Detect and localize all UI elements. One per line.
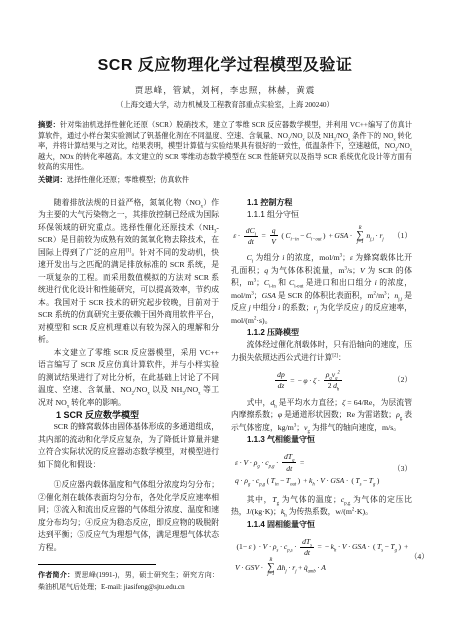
assumptions-list-paragraph: ①反应器内载体温度和气体组分浓度均匀分布；②催化剂在载体表面均匀分布，各处化学反… bbox=[38, 479, 219, 554]
equation-3: ε·V·ρg·cp,g·dTgdt=q·ρg·cp,g(Tin−Tout)+kh… bbox=[231, 451, 412, 488]
heading-1-1: 1.1 控制方程 bbox=[231, 197, 412, 209]
equation-4-number: （4） bbox=[410, 551, 429, 564]
equation-2: dpdz=−φ·ζ·ρgvg22dh （2） bbox=[231, 369, 412, 391]
heading-1-1-1: 1.1.1 组分守恒 bbox=[231, 209, 412, 221]
equation-3-body: ε·V·ρg·cp,g·dTgdt=q·ρg·cp,g(Tin−Tout)+kh… bbox=[231, 451, 386, 488]
heading-1-1-4: 1.1.4 固相能量守恒 bbox=[231, 519, 412, 531]
equation-3-number: （3） bbox=[386, 463, 412, 476]
right-column: 1.1 控制方程 1.1.1 组分守恒 ε·dCidt=qV(Ci−in−Ci−… bbox=[231, 197, 412, 585]
equation-2-body: dpdz=−φ·ζ·ρgvg22dh bbox=[231, 369, 386, 391]
abstract-label: 摘要： bbox=[38, 120, 60, 129]
authors-line: 贾思峰，管斌，刘柯，李忠照，林赫，黄震 bbox=[38, 84, 412, 96]
overview-paragraph: 本文建立了零维 SCR 反应器模型，采用 VC++ 语言编写了 SCR 反应仿真… bbox=[38, 347, 219, 410]
keywords-block: 关键词：选择性催化还原；零维模型；仿真软件 bbox=[38, 175, 412, 186]
equation-4: (1−ε)·V·ρs·cp,s·dTsdt=−kh·V·GSA·(Ts−Tg)+… bbox=[231, 536, 412, 579]
abstract-text: 针对柴油机选择性催化还原（SCR）脱硝技术，建立了零维 SCR 反应器数学模型，… bbox=[38, 121, 412, 171]
two-column-body: 随着排放法规的日益严格，氮氧化物（NOx）作为主要的大气污染物之一，其排放控制已… bbox=[38, 197, 412, 593]
darcy-intro-paragraph: 流体经过催化剂载体时，只有沿轴向的速度，压力损失依照达西公式进行计算[2]： bbox=[231, 339, 412, 364]
page-title: SCR 反应物理化学过程模型及验证 bbox=[38, 52, 412, 75]
eq3-explanation-paragraph: 其中，Tg 为气体的温度；cp,g 为气体的定压比热，J/(kg·K)；kh 为… bbox=[231, 494, 412, 519]
equation-1-number: （1） bbox=[386, 230, 412, 243]
intro-paragraph: 随着排放法规的日益严格，氮氧化物（NOx）作为主要的大气污染物之一，其排放控制已… bbox=[38, 197, 219, 347]
equation-4-body: (1−ε)·V·ρs·cp,s·dTsdt=−kh·V·GSA·(Ts−Tg)+… bbox=[231, 536, 410, 579]
affiliation-line: （上海交通大学，动力机械及工程教育部重点实验室，上海 200240） bbox=[38, 100, 412, 110]
equation-2-number: （2） bbox=[386, 374, 412, 387]
eq1-explanation-paragraph: Ci 为组分 i 的浓度，mol/m3；ε 为蜂窝载体比开孔面积；q 为气体体积… bbox=[231, 252, 412, 327]
author-bio-label: 作者简介： bbox=[38, 572, 74, 579]
author-bio: 作者简介：贾思峰(1991-)，男，硕士研究生；研究方向：柴油机尾气后处理；E-… bbox=[38, 570, 219, 592]
heading-1-1-3: 1.1.3 气相能量守恒 bbox=[231, 434, 412, 446]
left-column: 随着排放法规的日益严格，氮氧化物（NOx）作为主要的大气污染物之一，其排放控制已… bbox=[38, 197, 219, 593]
paper-page: SCR 反应物理化学过程模型及验证 贾思峰，管斌，刘柯，李忠照，林赫，黄震 （上… bbox=[0, 0, 450, 637]
keywords-text: 选择性催化还原；零维模型；仿真软件 bbox=[67, 176, 189, 184]
section-1-heading: 1 SCR 反应数学模型 bbox=[38, 409, 219, 421]
equation-1-body: ε·dCidt=qV(Ci−in−Ci−out)+GSA·R∑j=1nj,i·r… bbox=[231, 226, 386, 247]
author-bio-divider bbox=[38, 564, 156, 565]
eq2-explanation-paragraph: 式中，dh 是平均水力直径；ζ = 64/Re，为层流管内摩擦系数；φ 是通道形… bbox=[231, 397, 412, 435]
abstract-block: 摘要：针对柴油机选择性催化还原（SCR）脱硝技术，建立了零维 SCR 反应器数学… bbox=[38, 120, 412, 173]
keywords-label: 关键词： bbox=[38, 175, 67, 184]
heading-1-1-2: 1.1.2 压降模型 bbox=[231, 327, 412, 339]
equation-1: ε·dCidt=qV(Ci−in−Ci−out)+GSA·R∑j=1nj,i·r… bbox=[231, 226, 412, 247]
model-assumptions-paragraph: SCR 的蜂窝载体由固体基体形成的多通道组成，其内部的流动和化学反应复杂，为了降… bbox=[38, 421, 219, 471]
